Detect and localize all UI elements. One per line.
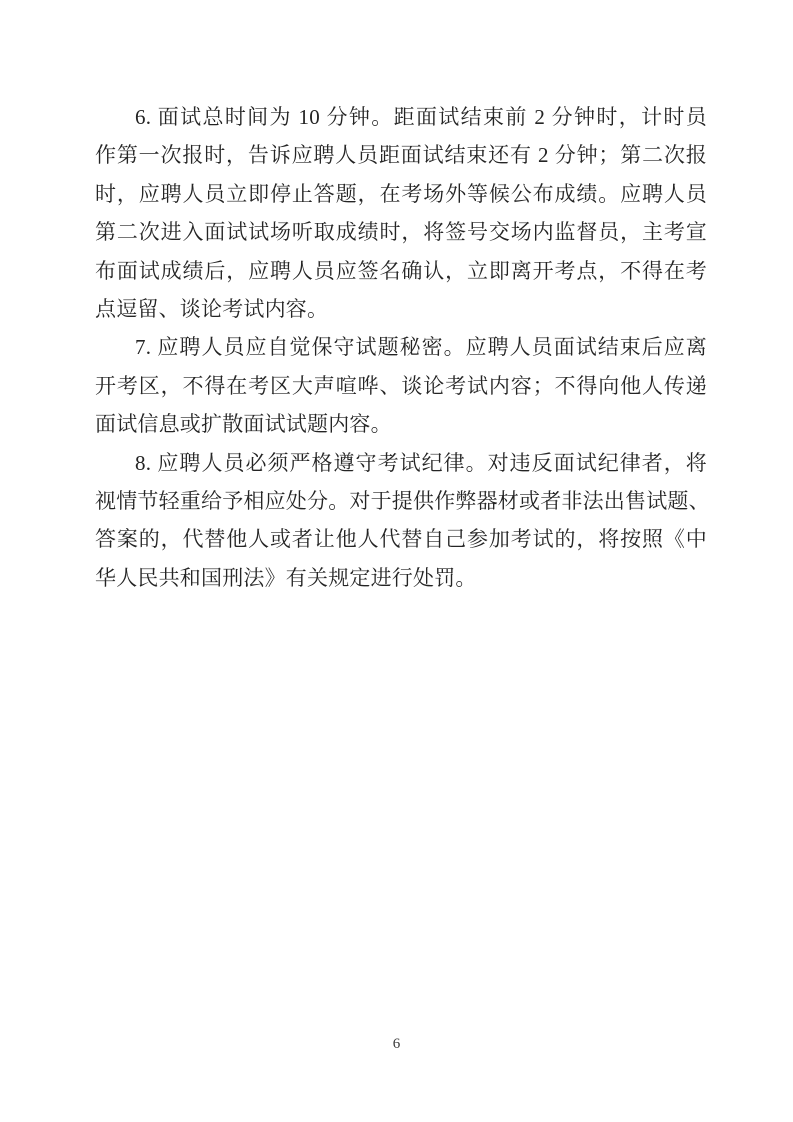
- text-line: 作第一次报时，告诉应聘人员距面试结束还有 2 分钟；第二次报: [95, 136, 707, 174]
- document-page: 6. 面试总时间为 10 分钟。距面试结束前 2 分钟时，计时员 作第一次报时，…: [0, 0, 793, 1122]
- text-line: 8. 应聘人员必须严格遵守考试纪律。对违反面试纪律者，将: [95, 444, 707, 482]
- document-text-block: 6. 面试总时间为 10 分钟。距面试结束前 2 分钟时，计时员 作第一次报时，…: [95, 98, 707, 597]
- text-line: 第二次进入面试试场听取成绩时，将签号交场内监督员，主考宣: [95, 213, 707, 251]
- text-line: 华人民共和国刑法》有关规定进行处罚。: [95, 559, 707, 597]
- page-number: 6: [0, 1036, 793, 1053]
- paragraph-item-6: 6. 面试总时间为 10 分钟。距面试结束前 2 分钟时，计时员 作第一次报时，…: [95, 98, 707, 328]
- text-line: 时，应聘人员立即停止答题，在考场外等候公布成绩。应聘人员: [95, 175, 707, 213]
- text-line: 视情节轻重给予相应处分。对于提供作弊器材或者非法出售试题、: [95, 482, 707, 520]
- text-line: 开考区，不得在考区大声喧哗、谈论考试内容；不得向他人传递: [95, 367, 707, 405]
- paragraph-item-7: 7. 应聘人员应自觉保守试题秘密。应聘人员面试结束后应离 开考区，不得在考区大声…: [95, 328, 707, 443]
- text-line: 面试信息或扩散面试试题内容。: [95, 405, 707, 443]
- paragraph-item-8: 8. 应聘人员必须严格遵守考试纪律。对违反面试纪律者，将 视情节轻重给予相应处分…: [95, 444, 707, 598]
- text-line: 点逗留、谈论考试内容。: [95, 290, 707, 328]
- text-line: 6. 面试总时间为 10 分钟。距面试结束前 2 分钟时，计时员: [95, 98, 707, 136]
- text-line: 布面试成绩后，应聘人员应签名确认，立即离开考点，不得在考: [95, 252, 707, 290]
- text-line: 答案的，代替他人或者让他人代替自己参加考试的，将按照《中: [95, 520, 707, 558]
- text-line: 7. 应聘人员应自觉保守试题秘密。应聘人员面试结束后应离: [95, 328, 707, 366]
